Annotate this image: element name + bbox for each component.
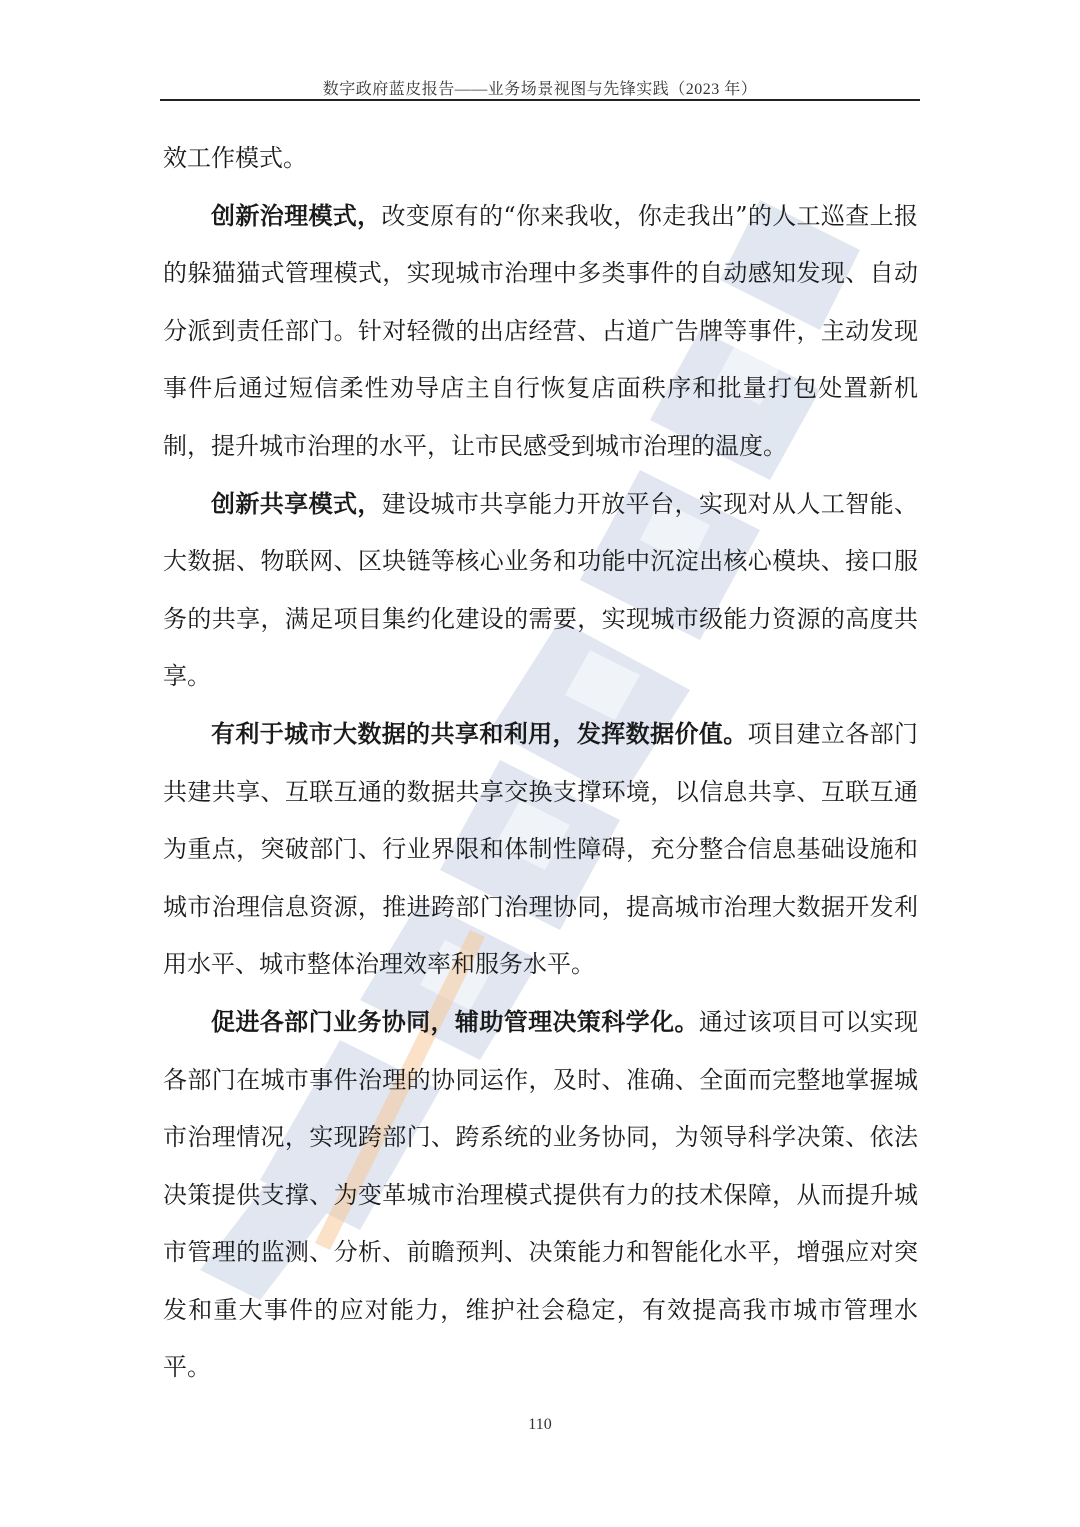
body-text: 效工作模式。 创新治理模式，改变原有的“你来我收，你走我出”的人工巡查上报的躲猫… <box>163 130 918 1397</box>
paragraph-text: 改变原有的“你来我收，你走我出”的人工巡查上报的躲猫猫式管理模式，实现城市治理中… <box>163 202 918 460</box>
paragraph-continuation: 效工作模式。 <box>163 130 918 188</box>
paragraph-text: 效工作模式。 <box>163 144 307 172</box>
paragraph-big-data-sharing: 有利于城市大数据的共享和利用，发挥数据价值。项目建立各部门共建共享、互联互通的数… <box>163 706 918 994</box>
paragraph-heading: 创新治理模式， <box>211 202 382 230</box>
paragraph-text: 建设城市共享能力开放平台，实现对从人工智能、大数据、物联网、区块链等核心业务和功… <box>163 490 918 691</box>
page-number: 110 <box>0 1416 1080 1434</box>
paragraph-innovative-sharing: 创新共享模式，建设城市共享能力开放平台，实现对从人工智能、大数据、物联网、区块链… <box>163 476 918 706</box>
paragraph-heading: 促进各部门业务协同，辅助管理决策科学化。 <box>211 1008 699 1036</box>
paragraph-innovative-governance: 创新治理模式，改变原有的“你来我收，你走我出”的人工巡查上报的躲猫猫式管理模式，… <box>163 188 918 476</box>
header-divider <box>160 99 920 101</box>
paragraph-heading: 有利于城市大数据的共享和利用，发挥数据价值。 <box>211 720 748 748</box>
paragraph-department-collaboration: 促进各部门业务协同，辅助管理决策科学化。通过该项目可以实现各部门在城市事件治理的… <box>163 994 918 1397</box>
paragraph-text: 项目建立各部门共建共享、互联互通的数据共享交换支撑环境，以信息共享、互联互通为重… <box>163 720 918 978</box>
paragraph-text: 通过该项目可以实现各部门在城市事件治理的协同运作，及时、准确、全面而完整地掌握城… <box>163 1008 918 1382</box>
paragraph-heading: 创新共享模式， <box>211 490 382 518</box>
running-header: 数字政府蓝皮报告——业务场景视图与先锋实践（2023 年） <box>160 76 920 99</box>
